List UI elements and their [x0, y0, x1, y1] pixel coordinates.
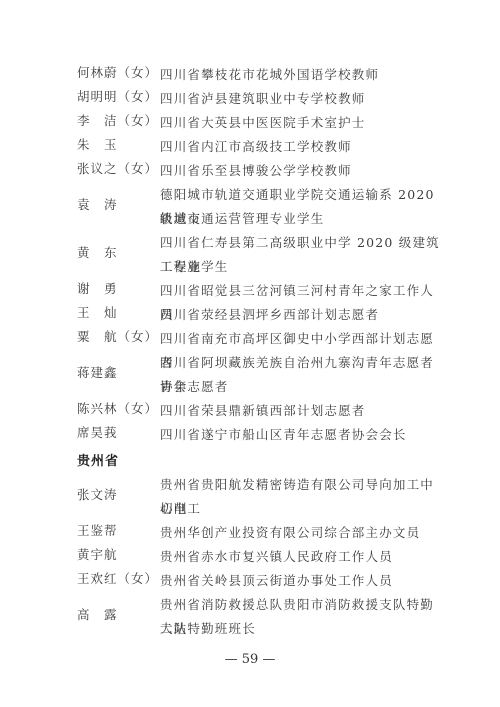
- person-name: 朱 玉: [77, 135, 161, 153]
- person-description: 贵州省赤水市复兴镇人民政府工作人员: [160, 545, 440, 569]
- person-description: 四川省荣县鼎新镇西部计划志愿者: [160, 399, 440, 423]
- person-description-line2: 青年志愿者: [160, 375, 440, 399]
- person-description-line2: 切削工: [160, 497, 440, 521]
- person-name: 胡明明（女）: [77, 87, 161, 105]
- person-description: 四川省大英县中医医院手术室护士: [160, 111, 440, 135]
- person-name: 袁 涛: [77, 195, 161, 213]
- person-name: 张文涛: [77, 485, 161, 503]
- person-name: 李 洁（女）: [77, 111, 161, 129]
- person-description-line2: 二站特勤班班长: [160, 617, 440, 641]
- person-description: 四川省遂宁市船山区青年志愿者协会会长: [160, 423, 440, 447]
- document-page: 何林蔚（女） 四川省攀枝花市花城外国语学校教师 胡明明（女） 四川省泸县建筑职业…: [0, 0, 500, 707]
- person-description: 四川省攀枝花市花城外国语学校教师: [160, 63, 440, 87]
- person-name: 何林蔚（女）: [77, 63, 161, 81]
- person-description-line2: 工专业学生: [160, 255, 440, 279]
- person-description: 贵州省关岭县顶云街道办事处工作人员: [160, 569, 440, 593]
- person-name: 蒋建鑫: [77, 363, 161, 381]
- person-name: 席昊莪: [77, 423, 161, 441]
- person-name: 黄宇航: [77, 545, 161, 563]
- person-name: 粟 航（女）: [77, 327, 161, 345]
- person-name: 王 灿: [77, 303, 161, 321]
- person-description: 贵州华创产业投资有限公司综合部主办文员: [160, 521, 440, 545]
- person-name: 张议之（女）: [77, 159, 161, 177]
- person-description: 四川省乐至县博骏公学学校教师: [160, 159, 440, 183]
- page-number: — 59 —: [0, 652, 500, 667]
- person-name: 王欢红（女）: [77, 569, 161, 587]
- section-heading-guizhou: 贵州省: [77, 450, 119, 469]
- person-description: 四川省内江市高级技工学校教师: [160, 135, 440, 159]
- person-description: 四川省泸县建筑职业中专学校教师: [160, 87, 440, 111]
- person-name: 高 露: [77, 605, 161, 623]
- person-description-line2: 轨道交通运营管理专业学生: [160, 207, 440, 231]
- person-name: 谢 勇: [77, 279, 161, 297]
- person-name: 黄 东: [77, 243, 161, 261]
- person-name: 陈兴林（女）: [77, 399, 161, 417]
- person-description: 四川省荥经县泗坪乡西部计划志愿者: [160, 303, 440, 327]
- person-name: 王鉴帮: [77, 521, 161, 539]
